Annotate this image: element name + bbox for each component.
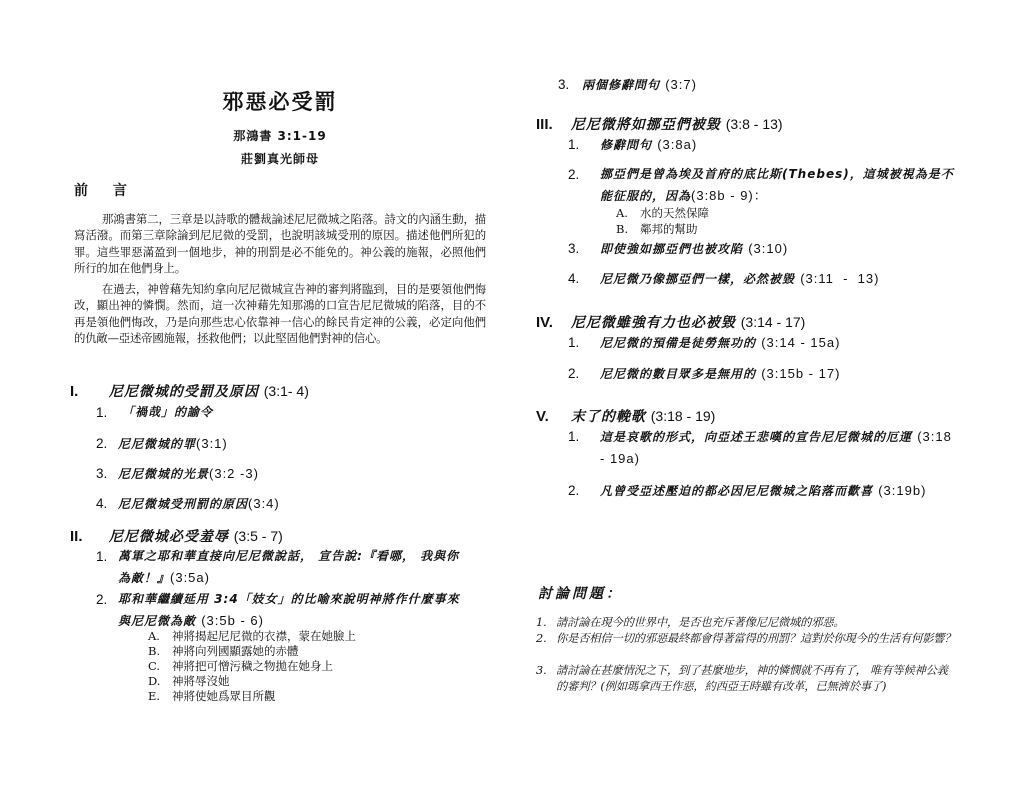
section-numeral: V. [536, 408, 566, 425]
item-text: 尼尼微城的罪 [118, 437, 196, 451]
section-ref: (3:1- 4) [264, 383, 309, 399]
section-numeral: II. [70, 528, 104, 545]
outline-item: 1. 萬軍之耶和華直接向尼尼微說話， 宣告說:『看哪， 我與你為敵！』(3:5a… [96, 546, 460, 589]
subitem-letter: B. [616, 222, 640, 237]
outline-subitem: E.神將使她爲眾目所觀 [148, 689, 276, 704]
preface-paragraph-2: 在過去，神曾藉先知約拿向尼尼微城宣告神的審判將臨到，目的是要領他們悔改，顯出神的… [74, 281, 486, 346]
item-ref: (3:8b - 9)： [691, 188, 768, 203]
section-heading-2: II. 尼尼微城必受羞辱 (3:5 - 7) [70, 526, 283, 546]
document-title: 邪惡必受罰 [70, 86, 490, 116]
item-text: 這是哀歌的形式，向亞述王悲嘆的宣告尼尼微城的厄運 [600, 430, 912, 444]
item-ref: (3:5b - 6) [201, 613, 264, 628]
outline-subitem: C.神將把可憎污穢之物拋在她身上 [148, 659, 333, 674]
item-ref: (3:2 -3) [209, 466, 259, 481]
subitem-letter: D. [148, 674, 172, 689]
item-number: 3. [96, 463, 107, 484]
section-title: 尼尼微將如挪亞們被毀 [571, 117, 721, 133]
item-ref: (3:10) [748, 241, 788, 256]
question-number: 1. [536, 615, 547, 631]
subitem-text: 神將向列國顯露她的赤體 [172, 644, 299, 658]
section-ref: (3:8 - 13) [726, 116, 783, 132]
section-numeral: I. [70, 383, 104, 400]
section-heading-5: V. 末了的輓歌 (3:18 - 19) [536, 406, 715, 426]
item-text: 尼尼微的預備是徒勞無功的 [600, 336, 756, 350]
item-number: 2. [568, 164, 579, 185]
subitem-text: 鄰邦的幫助 [640, 222, 698, 236]
subitem-letter: A. [616, 206, 640, 221]
item-text: 耶和華繼續延用 3:4「妓女」的比喻來說明神將作什麼事來與尼尼微為敵 [118, 592, 460, 628]
outline-item: 1. 「禍哉」的諭令 [96, 402, 476, 423]
outline-item: 1. 尼尼微的預備是徒勞無功的 (3:14 - 15a) [568, 332, 958, 354]
section-heading-3: III. 尼尼微將如挪亞們被毀 (3:8 - 13) [536, 114, 783, 134]
outline-subitem: A.神將揭起尼尼微的衣襟，蒙在她臉上 [148, 629, 356, 644]
outline-item: 2. 尼尼微城的罪(3:1) [96, 433, 476, 455]
outline-item: 2. 尼尼微的數目眾多是無用的 (3:15b - 17) [568, 363, 958, 385]
item-number: 1. [568, 332, 579, 353]
question-text: 你是否相信一切的邪惡最終都會得著當得的刑罰？這對於你現今的生活有何影響？ [556, 631, 956, 647]
item-number: 1. [568, 426, 579, 447]
item-number: 1. [96, 546, 107, 567]
section-ref: (3:5 - 7) [234, 528, 283, 544]
item-ref: (3:8a) [657, 137, 697, 152]
outline-item: 4. 尼尼微乃像挪亞們一樣，必然被毀 (3:11 - 13) [568, 268, 958, 290]
item-text: 挪亞們是曾為埃及首府的底比斯(Thebes)，這城被視為是不能征服的，因為 [600, 167, 954, 203]
outline-item: 2. 挪亞們是曾為埃及首府的底比斯(Thebes)，這城被視為是不能征服的，因為… [568, 164, 958, 207]
outline-item: 2. 耶和華繼續延用 3:4「妓女」的比喻來說明神將作什麼事來與尼尼微為敵 (3… [96, 589, 460, 632]
item-number: 1. [568, 134, 579, 155]
question-number: 3. [536, 663, 547, 679]
preface-paragraph-1: 那鴻書第二，三章是以詩歌的體裁論述尼尼微城之陷落。詩文的內涵生動，描寫活潑。而第… [74, 211, 486, 276]
discussion-question: 1. 請討論在現今的世界中，是否也充斥著像尼尼微城的邪惡。 [536, 615, 956, 631]
item-number: 1. [96, 402, 107, 423]
item-number: 3. [558, 74, 569, 95]
preface-heading: 前 言 [74, 180, 137, 200]
section-numeral: III. [536, 116, 566, 133]
outline-item: 3. 尼尼微城的光景(3:2 -3) [96, 463, 476, 485]
item-ref: (3:19b) [878, 483, 926, 498]
item-number: 2. [96, 433, 107, 454]
scripture-reference: 那鴻書 3:1-19 [70, 127, 490, 144]
item-number: 3. [568, 238, 579, 259]
question-text: 請討論在現今的世界中，是否也充斥著像尼尼微城的邪惡。 [556, 615, 956, 631]
section-numeral: IV. [536, 314, 566, 331]
item-number: 4. [568, 268, 579, 289]
subitem-text: 神將辱沒她 [172, 674, 230, 688]
subitem-letter: C. [148, 659, 172, 674]
outline-item: 1. 這是哀歌的形式，向亞述王悲嘆的宣告尼尼微城的厄運 (3:18 - 19a) [568, 426, 958, 470]
item-text: 尼尼微城受刑罰的原因 [118, 497, 248, 511]
item-ref: (3:4) [248, 496, 280, 511]
outline-subitem: B.鄰邦的幫助 [616, 222, 698, 237]
outline-subitem: D.神將辱沒她 [148, 674, 230, 689]
section-title: 尼尼微城的受罰及原因 [109, 384, 259, 400]
discussion-question: 2. 你是否相信一切的邪惡最終都會得著當得的刑罰？這對於你現今的生活有何影響？ [536, 631, 956, 647]
item-text: 尼尼微的數目眾多是無用的 [600, 367, 756, 381]
item-text: 凡曾受亞述壓迫的都必因尼尼微城之陷落而歡喜 [600, 484, 873, 498]
discussion-heading: 討論問題： [538, 583, 623, 603]
subitem-text: 神將把可憎污穢之物拋在她身上 [172, 659, 333, 673]
item-text: 尼尼微城的光景 [118, 467, 209, 481]
outline-item: 4. 尼尼微城受刑罰的原因(3:4) [96, 493, 476, 515]
item-text: 即使強如挪亞們也被攻陷 [600, 242, 743, 256]
section-title: 尼尼微城必受羞辱 [109, 529, 229, 545]
item-number: 2. [96, 589, 107, 610]
item-text: 修辭問句 [600, 138, 652, 152]
item-ref: (3:15b - 17) [761, 366, 840, 381]
outline-subitem: B.神將向列國顯露她的赤體 [148, 644, 299, 659]
item-ref: (3:1) [196, 436, 228, 451]
outline-item: 3. 即使強如挪亞們也被攻陷 (3:10) [568, 238, 958, 260]
outline-subitem: A.水的天然保障 [616, 206, 709, 221]
item-text: 「禍哉」的諭令 [122, 405, 213, 419]
subitem-letter: A. [148, 629, 172, 644]
outline-item: 2. 凡曾受亞述壓迫的都必因尼尼微城之陷落而歡喜 (3:19b) [568, 480, 958, 502]
subitem-letter: B. [148, 644, 172, 659]
item-number: 2. [568, 363, 579, 384]
item-ref: (3:14 - 15a) [761, 335, 840, 350]
section-heading-1: I. 尼尼微城的受罰及原因 (3:1- 4) [70, 381, 309, 401]
item-ref: (3:7) [665, 77, 697, 92]
item-text: 兩個修辭問句 [582, 78, 660, 92]
subitem-text: 神將使她爲眾目所觀 [172, 689, 276, 703]
question-number: 2. [536, 631, 547, 647]
section-ref: (3:18 - 19) [651, 408, 716, 424]
question-text: 請討論在甚麼情況之下，到了甚麼地步，神的憐憫就不再有了， 唯有等候神公義的審判？… [556, 663, 956, 694]
subitem-letter: E. [148, 689, 172, 704]
section-heading-4: IV. 尼尼微雖強有力也必被毀 (3:14 - 17) [536, 312, 805, 332]
item-ref: (3:11 - 13) [800, 271, 879, 286]
section-ref: (3:14 - 17) [741, 314, 806, 330]
discussion-question: 3. 請討論在甚麼情況之下，到了甚麼地步，神的憐憫就不再有了， 唯有等候神公義的… [536, 663, 956, 694]
subitem-text: 神將揭起尼尼微的衣襟，蒙在她臉上 [172, 629, 356, 643]
author-name: 莊劉真光師母 [70, 150, 490, 167]
section-title: 尼尼微雖強有力也必被毀 [571, 315, 736, 331]
item-number: 2. [568, 480, 579, 501]
item-number: 4. [96, 493, 107, 514]
outline-item: 1. 修辭問句 (3:8a) [568, 134, 958, 156]
outline-item: 3. 兩個修辭問句 (3:7) [558, 74, 958, 96]
section-title: 末了的輓歌 [571, 409, 646, 425]
item-ref: (3:5a) [170, 570, 210, 585]
subitem-text: 水的天然保障 [640, 206, 709, 220]
item-text: 尼尼微乃像挪亞們一樣，必然被毀 [600, 272, 795, 286]
